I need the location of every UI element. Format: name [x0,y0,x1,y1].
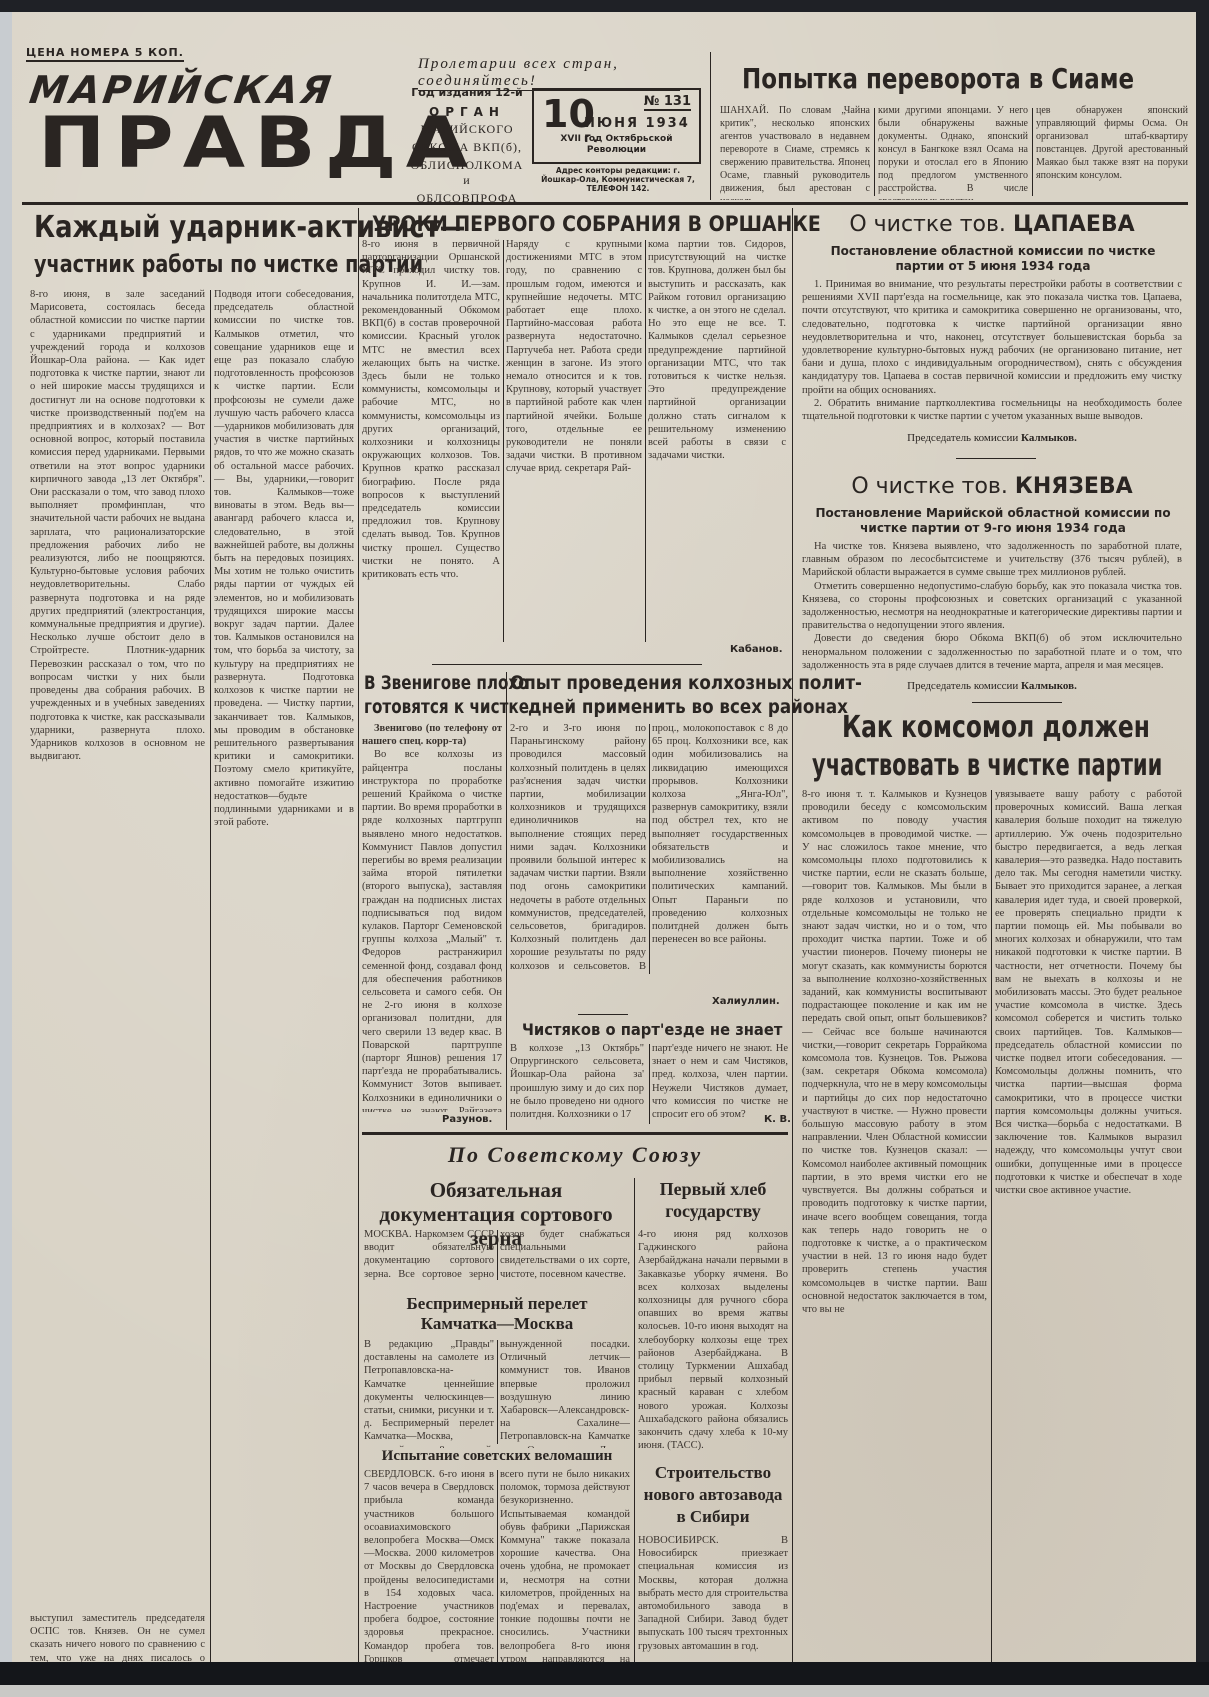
organ-label: ОРГАН [408,105,526,119]
knyazev-headline-prefix: О чистке тов. [851,474,1008,499]
orshanka-column-1: 8-го июня в первичной парторганизации Ор… [362,238,500,648]
soviet-union-section-title: По Советскому Союзу [362,1142,788,1168]
issue-price: ЦЕНА НОМЕРА 5 КОП. [26,46,184,62]
siam-column-3: цев обнаружен японский управляющий фирмы… [1036,104,1188,200]
tsapaev-body: 1. Принимая во внимание, что результаты … [802,278,1182,428]
autoplant-headline-3: в Сибири [638,1506,788,1528]
article-separator [578,1014,628,1015]
politdni-signature: Халиуллин. [712,996,780,1007]
flight-headline-1: Беспримерный перелет [364,1294,630,1314]
knyazev-headline-name: КНЯЗЕВА [1015,474,1133,499]
chistyakov-column-1: В колхозе „13 Октябрь" Опрургинского сел… [510,1042,644,1124]
bread-body: 4-го июня ряд колхозов Гаджинского район… [638,1228,788,1468]
column-divider [710,52,711,200]
udarnik-column-1: 8-го июня, в зале заседаний Марисовета, … [30,288,205,1608]
flight-column-2: вынужденной посадки. Отличный летчик—ком… [500,1338,630,1448]
zvenigovo-dateline: Звенигово (по телефону от нашего спец. к… [362,723,502,747]
column-divider [634,1178,635,1662]
zvenigovo-signature: Разунов. [442,1114,492,1125]
editorial-address: Адрес конторы редакции: г. Йошкар-Ола, К… [538,166,698,193]
zvenigovo-headline-2: готовятся к чистке [364,696,529,718]
tsapaev-headline-prefix: О чистке тов. [849,212,1006,237]
knyazev-paragraph-3: Довести до сведения бюро Обкома ВКП(б) о… [802,632,1182,672]
autoplant-body: НОВОСИБИРСК. В Новосибирск приезжает спе… [638,1534,788,1662]
column-divider [649,724,650,974]
bread-headline-1: Первый хлеб [638,1178,788,1200]
flight-headline: Беспримерный перелет Камчатка—Москва [364,1294,630,1334]
zvenigovo-body: Звенигово (по телефону от нашего спец. к… [362,722,502,1112]
komsomol-column-1: 8-го июня т. т. Калмыков и Кузнецов пров… [802,788,987,1662]
column-divider [503,240,504,642]
komsomol-headline-1: Как комсомол должен [842,710,1150,745]
revolution-year: XVII год Октябрьской Революции [542,134,691,156]
knyazev-signature: Председатель комиссии Калмыков. [802,680,1182,692]
grain-column-1: МОСКВА. Наркомзем СССР вводит обязательн… [364,1228,494,1284]
column-divider [497,1230,498,1280]
orshanka-signature: Кабанов. [730,644,783,655]
tsapaev-paragraph-1: 1. Принимая во внимание, что результаты … [802,278,1182,397]
organ-line: МАРИЙСКОГО [408,122,526,137]
flight-headline-2: Камчатка—Москва [364,1314,630,1334]
issue-number: № 131 [644,94,691,111]
tsapaev-headline-name: ЦАПАЕВА [1013,212,1135,237]
column-divider [358,208,359,1662]
zvenigovo-text: Во все колхозы из райцентра посланы инст… [362,748,502,1112]
knyazev-body: На чистке тов. Князева выявлено, что зад… [802,540,1182,678]
bikes-headline: Испытание советских веломашин [364,1448,630,1465]
column-divider [645,240,646,642]
siam-column-1: ШАНХАЙ. По словам „Чайна критик", нескол… [720,104,870,200]
autoplant-headline: Строительство нового автозавода в Сибири [638,1462,788,1528]
tsapaev-signature: Председатель комиссии Калмыков. [802,432,1182,444]
knyazev-headline: О чистке тов. КНЯЗЕВА [802,474,1182,499]
knyazev-signature-name: Калмыков. [1021,680,1077,692]
komsomol-headline-2: участвовать в чистке партии [812,748,1162,783]
column-divider [991,790,992,1662]
organ-line: ОБКОМА ВКП(б), [408,140,526,155]
article-separator [956,458,1036,459]
tsapaev-signature-label: Председатель комиссии [907,432,1018,444]
article-separator [432,664,702,665]
orshanka-column-3: кома партии тов. Сидоров, присутствующий… [648,238,786,634]
autoplant-headline-1: Строительство [638,1462,788,1484]
article-separator [972,702,1062,703]
publication-year: Год издания 12-й [408,86,526,99]
organ-line: ОБЛИСПОЛКОМА и [408,158,526,188]
column-divider [497,1340,498,1444]
column-divider [506,672,507,1130]
column-divider [497,1470,498,1662]
bread-headline: Первый хлеб государству [638,1178,788,1222]
knyazev-signature-label: Председатель комиссии [907,680,1018,692]
chistyakov-signature: К. В. [764,1114,791,1125]
column-divider [792,208,793,1662]
tsapaev-subhead: Постановление областной комиссии по чист… [808,244,1178,274]
tsapaev-paragraph-2: 2. Обратить внимание партколлектива госм… [802,397,1182,423]
orshanka-column-2: Наряду с крупными достижениями МТС в это… [506,238,642,648]
knyazev-paragraph-2: Отметить совершенно недопустимо-слабую б… [802,580,1182,633]
column-divider [649,1044,650,1124]
tsapaev-signature-name: Калмыков. [1021,432,1077,444]
tsapaev-headline: О чистке тов. ЦАПАЕВА [802,212,1182,237]
autoplant-headline-2: нового автозавода [638,1484,788,1506]
column-divider [210,290,211,1662]
section-rule [362,1132,788,1135]
scan-edge [0,12,12,1662]
zvenigovo-headline-1: В Звенигове плохо [364,672,529,694]
flight-column-1: В редакцию „Правды" доставлены на самоле… [364,1338,494,1448]
chistyakov-column-2: парт'езде ничего не знают. Не знает о не… [652,1042,788,1118]
knyazev-subhead: Постановление Марийской областной комисс… [808,506,1178,536]
organ-block: Год издания 12-й ОРГАН МАРИЙСКОГО ОБКОМА… [408,86,526,206]
politdni-column-1: 2-го и 3-го июня по Параньгинскому район… [510,722,646,972]
masthead-rule [22,202,1188,205]
knyazev-paragraph-1: На чистке тов. Князева выявлено, что зад… [802,540,1182,580]
date-box: 10 № 131 ИЮНЯ 1934 г. XVII год Октябрьск… [532,88,701,164]
newspaper-page: ЦЕНА НОМЕРА 5 КОП. МАРИЙСКАЯ ПРАВДА Прол… [12,12,1196,1662]
udarnik-column-2: Подводя итоги собеседования, председател… [214,288,354,1618]
siam-headline: Попытка переворота в Сиаме [742,62,1134,95]
column-divider [1032,108,1033,196]
grain-column-2: хозов будет снабжаться специальными свид… [500,1228,630,1284]
politdni-headline-2: дней применить во всех районах [528,696,848,718]
bikes-column-1: СВЕРДЛОВСК. 6-го июня в 7 часов вечера в… [364,1468,494,1662]
bikes-column-2: всего пути не было никаких поломок, торм… [500,1468,630,1662]
column-divider [874,108,875,196]
orshanka-headline: УРОКИ ПЕРВОГО СОБРАНИЯ В ОРШАНКЕ [372,212,821,236]
politdni-column-2: проц., молокопоставок с 8 до 65 проц. Ко… [652,722,788,972]
udarnik-column-1-end: выступил заместитель председателя ОСПС т… [30,1612,205,1662]
bread-headline-2: государству [638,1200,788,1222]
scan-edge [0,1685,1209,1697]
siam-column-2: кими другими японцами. У него были обнар… [878,104,1028,200]
chistyakov-headline: Чистяков о парт'езде не знает [522,1020,782,1039]
komsomol-column-2: увязываете вашу работу с работой проверо… [995,788,1182,1662]
